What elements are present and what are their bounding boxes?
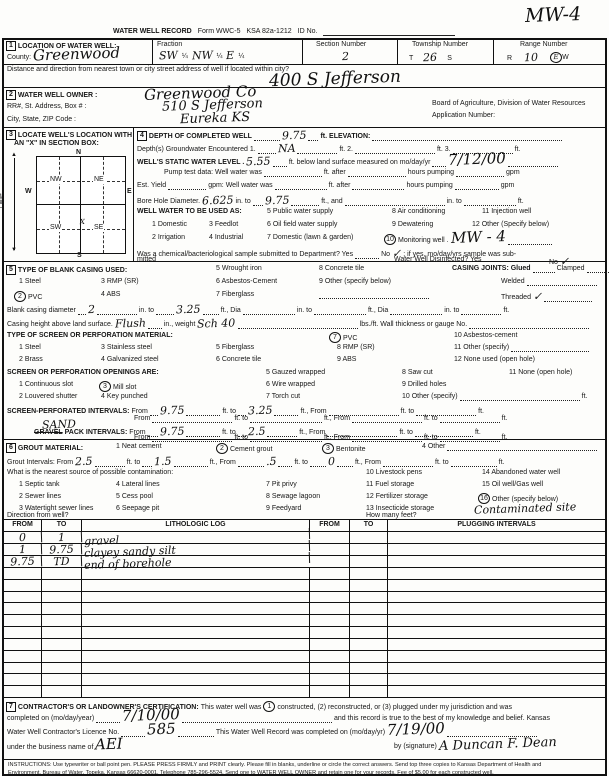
- dotted-leader: [243, 309, 295, 315]
- ft-to-label: ft. to: [424, 415, 438, 423]
- contamination-2: 2 Sewer lines: [19, 493, 61, 501]
- grout-intervals-label: Grout Intervals: From: [7, 459, 73, 467]
- completed-on-label: completed on (mo/day/year): [7, 715, 94, 723]
- dotted-leader: [250, 417, 322, 423]
- ft-to-label: ft. to: [294, 459, 308, 467]
- bore-depth-value: 9.75: [265, 195, 290, 207]
- section-number: 5: [6, 265, 16, 275]
- cell-to: [42, 663, 82, 674]
- city-value: Eureka KS: [180, 111, 251, 126]
- dotted-leader: [278, 461, 292, 467]
- dotted-leader: [156, 309, 174, 315]
- grout-option-3-circled: 3: [322, 443, 334, 454]
- dotted-leader: [275, 184, 327, 190]
- cell-litho: [82, 639, 310, 650]
- divider: [152, 40, 153, 64]
- county-label: County:: [7, 54, 31, 62]
- table-row: [4, 651, 605, 663]
- section-number-label: Section Number: [316, 41, 366, 49]
- dotted-leader: [182, 717, 332, 723]
- dotted-leader: [432, 161, 446, 167]
- cell-to: TD: [42, 555, 82, 567]
- section-3-4-band: 3 LOCATE WELL'S LOCATION WITH AN "X" IN …: [4, 127, 605, 262]
- arrow-down-icon: ▼: [11, 247, 17, 254]
- depth-label: DEPTH OF COMPLETED WELL: [149, 133, 252, 141]
- cell-pfrom: [310, 639, 350, 650]
- dotted-leader: [291, 200, 319, 206]
- compass-s: S: [77, 252, 82, 260]
- weight-label: in., weight: [164, 321, 196, 329]
- cell-pfrom: [310, 544, 350, 555]
- township-t: T: [409, 55, 413, 63]
- use-10-value: MW - 4: [450, 229, 505, 246]
- pump-test-label: Pump test data: Well water was: [164, 169, 262, 177]
- grout-to-1: 1.5: [154, 456, 172, 468]
- certification-line1b: This water well was: [201, 704, 262, 712]
- est-yield-label: Est. Yield: [137, 182, 166, 190]
- well-x-mark: X: [79, 219, 86, 226]
- cell-pfrom: [310, 686, 350, 697]
- in-to-label: in. to: [297, 307, 312, 315]
- depth-value: 9.75: [282, 130, 307, 142]
- cell-pto: [350, 639, 388, 650]
- dotted-leader: [345, 200, 445, 206]
- distance-question: Distance and direction from nearest town…: [7, 66, 289, 74]
- dotted-leader: [142, 461, 152, 467]
- cell-to: [42, 674, 82, 685]
- contamination-12: 12 Fertilizer storage: [366, 493, 428, 501]
- contamination-question: What is the nearest source of possible c…: [7, 469, 173, 477]
- header-plugging-intervals: PLUGGING INTERVALS: [388, 520, 605, 531]
- dotted-leader: [372, 135, 562, 141]
- diameter-value: 2: [88, 304, 95, 315]
- dotted-leader: [253, 200, 263, 206]
- use-option-10: Monitoring well .: [398, 237, 449, 245]
- business-name-label: under the business name of: [7, 744, 93, 752]
- instructions-footer: INSTRUCTIONS: Use typewriter or ball poi…: [4, 759, 605, 776]
- hours-pumping-label: hours pumping: [406, 182, 452, 190]
- section-1-location: 1 LOCATION OF WATER WELL: County: Greenw…: [4, 40, 605, 64]
- dotted-leader: [203, 309, 219, 315]
- ft-to-label: ft. to: [127, 459, 141, 467]
- cell-from: [4, 674, 42, 685]
- township-s: S: [447, 55, 452, 63]
- grout-option-2-circled: 2: [216, 443, 228, 454]
- casing-title: TYPE OF BLANK CASING USED:: [18, 267, 127, 275]
- contamination-11: 11 Fuel storage: [366, 481, 414, 489]
- table-row: [4, 663, 605, 675]
- range-label: Range Number: [520, 41, 567, 49]
- casing-option-4: 4 ABS: [101, 291, 120, 299]
- cell-from: [4, 568, 42, 579]
- dotted-leader: [96, 717, 120, 723]
- cell-pfrom: [310, 674, 350, 685]
- ft-label: ft.: [503, 307, 509, 315]
- opening-option-3: Mill slot: [113, 384, 136, 392]
- contamination-8: 8 Sewage lagoon: [266, 493, 320, 501]
- screen-material-title: TYPE OF SCREEN OR PERFORATION MATERIAL:: [7, 332, 173, 340]
- gpm-label: gpm: [501, 182, 515, 190]
- cell-pto: [350, 532, 388, 543]
- cell-pfrom: [310, 627, 350, 638]
- static-level-mid: ft. below land surface measured on mo/da…: [289, 159, 431, 167]
- table-row: [4, 674, 605, 686]
- casing-option-9: 9 Other (specify below): [319, 278, 391, 286]
- screen-material-11: 11 Other (specify): [454, 344, 509, 352]
- licence-number: 585: [147, 722, 176, 738]
- water-well-record-form: MW-4 WATER WELL RECORD Form WWC-5 KSA 82…: [0, 0, 609, 776]
- quadrant-ne: NE: [93, 176, 105, 184]
- center-line: [37, 204, 125, 205]
- cell-pto: [350, 544, 388, 555]
- gw-value: NA: [278, 143, 296, 155]
- ft-to-label: ft. to: [234, 415, 248, 423]
- groundwater-label: Depth(s) Groundwater Encountered: [137, 146, 248, 154]
- table-row: 9.75TDend of borehole: [4, 556, 605, 568]
- casing-option-5: 5 Wrought iron: [216, 265, 262, 273]
- contamination-6: 6 Seepage pit: [116, 505, 159, 513]
- cell-from: [4, 663, 42, 674]
- id-no-label: ID No.: [298, 28, 318, 36]
- in-to-label: in. to: [444, 307, 459, 315]
- cell-from: [4, 580, 42, 591]
- dotted-leader: [451, 461, 497, 467]
- litho-table-body: 01gravel19.75clayey sandy silt9.75TDend …: [4, 532, 605, 698]
- ft-from-label: ft., From: [355, 459, 381, 467]
- dotted-leader: [455, 184, 499, 190]
- opening-option-8: 8 Saw cut: [402, 369, 433, 377]
- cell-litho: [82, 651, 310, 662]
- section-2-owner: 2 WATER WELL OWNER : RR#, St. Address, B…: [4, 87, 605, 128]
- ft-label: ft.: [582, 393, 588, 401]
- casing-option-7: 7 Fiberglass: [216, 291, 254, 299]
- dotted-leader: [533, 267, 555, 273]
- dotted-leader: [273, 161, 287, 167]
- application-number-label: Application Number:: [432, 112, 495, 120]
- dotted-leader: [254, 135, 280, 141]
- record-date: 7/19/00: [387, 721, 445, 738]
- section-number: 1: [6, 41, 16, 51]
- use-option-2: 2 Irrigation: [152, 234, 185, 242]
- cell-plug: [388, 568, 605, 579]
- header-to-2: TO: [350, 520, 388, 531]
- screen-material-4: 4 Galvanized steel: [101, 356, 159, 364]
- dotted-leader: [508, 239, 552, 245]
- casing-option-2-circled: 2: [14, 291, 26, 302]
- dotted-leader: [152, 417, 232, 423]
- height-value: Flush: [115, 317, 146, 329]
- cell-from: 9.75: [4, 555, 42, 567]
- signature-value: A Duncan F. Dean: [439, 736, 557, 753]
- cell-to: [42, 603, 82, 614]
- bore-hole-label: Bore Hole Diameter.: [137, 198, 200, 206]
- opening-option-10: 10 Other (specify): [402, 393, 458, 401]
- dotted-leader: [461, 309, 501, 315]
- fraction-q3: E: [226, 50, 234, 61]
- fraction-q1: SW: [159, 50, 178, 62]
- use-option-5: 5 Public water supply: [267, 208, 333, 216]
- locate-title-2: AN "X" IN SECTION BOX:: [14, 140, 99, 148]
- height-label: Casing height above land surface.: [7, 321, 113, 329]
- dotted-leader: [178, 731, 214, 737]
- dashed-line: [103, 157, 104, 253]
- cell-plug: [388, 639, 605, 650]
- dotted-leader: [544, 296, 592, 302]
- ft-from-label: ft., From: [210, 459, 236, 467]
- casing-option-2: PVC: [28, 294, 42, 302]
- cell-to: [42, 592, 82, 603]
- cell-to: [42, 651, 82, 662]
- cell-pfrom: [310, 556, 350, 567]
- business-name-value: AEI: [95, 737, 123, 753]
- cell-litho: [82, 627, 310, 638]
- opening-option-11: 11 None (open hole): [509, 369, 572, 377]
- opening-option-1: 1 Continuous slot: [19, 381, 73, 389]
- ft-after-label: ft. after: [329, 182, 351, 190]
- cell-pto: [350, 627, 388, 638]
- well-id-annotation: MW-4: [525, 5, 582, 26]
- table-row: [4, 592, 605, 604]
- dotted-leader: [238, 323, 358, 329]
- instructions-line-1: INSTRUCTIONS: Use typewriter or ball poi…: [8, 762, 601, 770]
- signature-label: by (signature): [394, 743, 437, 751]
- cell-from: [4, 603, 42, 614]
- clamped-label: Clamped: [557, 265, 585, 273]
- section-box-diagram: NW NE SW SE X: [36, 156, 126, 254]
- table-row: [4, 580, 605, 592]
- center-line: [80, 157, 81, 253]
- in-to-label: in. to: [139, 307, 154, 315]
- arrow-up-icon: ▲: [11, 152, 17, 159]
- dotted-leader: [390, 309, 442, 315]
- dotted-leader: [464, 200, 516, 206]
- cell-plug: [388, 651, 605, 662]
- cell-litho: [82, 603, 310, 614]
- cell-pfrom: [310, 532, 350, 543]
- opening-option-4: 4 Key punched: [101, 393, 148, 401]
- contamination-4: 4 Lateral lines: [116, 481, 160, 489]
- cell-to: 9.75: [42, 543, 82, 555]
- cell-plug: [388, 544, 605, 555]
- header-from-2: FROM: [310, 520, 350, 531]
- use-option-3: 3 Feedlot: [209, 221, 238, 229]
- one-mile-label: 1 Mile: [0, 193, 5, 209]
- divider: [133, 128, 134, 262]
- ft-dia-label: ft., Dia: [368, 307, 388, 315]
- cell-plug: [388, 556, 605, 567]
- ft-label: ft.: [518, 198, 524, 206]
- cell-pto: [350, 674, 388, 685]
- cell-pto: [350, 615, 388, 626]
- form-title: WATER WELL RECORD: [113, 28, 192, 36]
- cell-pfrom: [310, 615, 350, 626]
- opening-option-2: 2 Louvered shutter: [19, 393, 77, 401]
- litho-table: FROM TO LITHOLOGIC LOG FROM TO PLUGGING …: [4, 519, 605, 698]
- in-to-label: in. to: [236, 198, 251, 206]
- quarter-glyph: ¼: [217, 53, 223, 61]
- section-number-value: 2: [342, 51, 349, 62]
- cell-to: 1: [42, 531, 82, 543]
- in-to-label: in. to: [447, 198, 462, 206]
- cell-pto: [350, 580, 388, 591]
- cell-to: [42, 568, 82, 579]
- dotted-leader: [587, 267, 609, 273]
- cell-to: [42, 686, 82, 697]
- section-7-certification: 7 CONTRACTOR'S OR LANDOWNER'S CERTIFICAT…: [4, 697, 605, 760]
- diameter-depth-value: 3.25: [176, 304, 201, 316]
- use-option-4: 4 Industrial: [209, 234, 243, 242]
- gw-2: ft. 2.: [339, 146, 353, 154]
- statute-ref: KSA 82a-1212: [246, 28, 291, 36]
- cell-from: 1: [4, 543, 42, 555]
- grout-from-1: 2.5: [75, 456, 93, 468]
- table-row: [4, 615, 605, 627]
- screen-material-6: 6 Concrete tile: [216, 356, 261, 364]
- contamination-5: 5 Cess pool: [116, 493, 153, 501]
- cell-pto: [350, 663, 388, 674]
- est-yield-mid: gpm: Well water was: [208, 182, 272, 190]
- openings-title: SCREEN OR PERFORATION OPENINGS ARE:: [7, 369, 159, 377]
- cell-plug: [388, 663, 605, 674]
- screen-material-2: 2 Brass: [19, 356, 43, 364]
- dotted-leader: [383, 461, 433, 467]
- from-label: From: [134, 415, 150, 423]
- dotted-leader: [168, 184, 206, 190]
- cell-pfrom: [310, 663, 350, 674]
- ft-to-label: ft. to: [435, 459, 449, 467]
- form-border: 1 LOCATION OF WATER WELL: County: Greenw…: [2, 38, 607, 776]
- elevation-label: ft. ELEVATION:: [320, 133, 370, 141]
- range-e-circled: E: [550, 52, 562, 63]
- distance-row: Distance and direction from nearest town…: [4, 64, 605, 88]
- fraction-label: Fraction: [157, 41, 182, 49]
- dotted-leader: [297, 148, 337, 154]
- ft-and-label: ft., and: [321, 198, 342, 206]
- ft-label: ft.: [515, 146, 521, 154]
- opening-option-6: 6 Wire wrapped: [266, 381, 315, 389]
- use-option-1: 1 Domestic: [152, 221, 187, 229]
- cell-plug: [388, 686, 605, 697]
- casing-option-3: 3 RMP (SR): [101, 278, 139, 286]
- opening-option-9: 9 Drilled holes: [402, 381, 446, 389]
- cell-litho: [82, 674, 310, 685]
- section-number: 4: [137, 131, 147, 141]
- section-number: 3: [6, 130, 16, 140]
- section-number: 7: [6, 702, 16, 712]
- record-completed-label: This Water Well Record was completed on …: [216, 729, 385, 737]
- dotted-leader: [355, 253, 379, 259]
- ft-label: ft.: [499, 459, 505, 467]
- ft-from-label: ft., From: [324, 415, 350, 423]
- id-no-blank: [323, 30, 455, 36]
- screen-material-3: 3 Stainless steel: [101, 344, 152, 352]
- cell-from: [4, 615, 42, 626]
- locate-title-1: LOCATE WELL'S LOCATION WITH: [18, 132, 132, 140]
- static-level-date: 7/12/00: [448, 151, 506, 168]
- cell-pfrom: [310, 651, 350, 662]
- casing-option-8: 8 Concrete tile: [319, 265, 364, 273]
- cell-from: [4, 627, 42, 638]
- address-label: RR#, St. Address, Box # :: [7, 103, 86, 111]
- opening-option-5: 5 Gauzed wrapped: [266, 369, 325, 377]
- contamination-15: 15 Oil well/Gas well: [482, 481, 543, 489]
- opening-option-3-circled: 3: [99, 381, 111, 392]
- dotted-leader: [97, 309, 137, 315]
- use-option-6: 6 Oil field water supply: [267, 221, 337, 229]
- certification-line1c: constructed, (2) reconstructed, or (3) p…: [277, 704, 512, 712]
- quadrant-nw: NW: [49, 176, 63, 184]
- compass-w: W: [25, 188, 32, 196]
- ft-label: ft.: [502, 415, 508, 423]
- cell-litho: [82, 592, 310, 603]
- dotted-leader: [337, 461, 353, 467]
- quarter-glyph: ¼: [182, 53, 188, 61]
- cell-pfrom: [310, 568, 350, 579]
- dotted-leader: [355, 148, 435, 154]
- cell-to: [42, 627, 82, 638]
- cell-plug: [388, 615, 605, 626]
- sand-handwritten: SAND: [42, 418, 76, 430]
- cell-to: [42, 639, 82, 650]
- fraction-q2: NW: [192, 50, 213, 62]
- static-level-label: WELL'S STATIC WATER LEVEL .: [137, 159, 244, 167]
- contamination-14: 14 Abandoned water well: [482, 469, 560, 477]
- quadrant-sw: SW: [49, 224, 62, 232]
- cell-to: [42, 615, 82, 626]
- ft-after-label: ft. after: [324, 169, 346, 177]
- table-row: [4, 627, 605, 639]
- cell-litho: [82, 580, 310, 591]
- opening-option-7: 7 Torch cut: [266, 393, 300, 401]
- use-option-9: 9 Dewatering: [392, 221, 433, 229]
- casing-option-6: 6 Asbestos-Cement: [216, 278, 277, 286]
- divider: [397, 40, 398, 64]
- grout-option-3: Bentonite: [336, 446, 366, 454]
- use-option-10-circled: 10: [384, 234, 396, 245]
- cell-pfrom: [310, 580, 350, 591]
- cell-litho: [82, 686, 310, 697]
- use-option-11: 11 Injection well: [482, 208, 531, 216]
- threaded-checkmark: ✓: [533, 291, 543, 302]
- section-5-casing: 5 TYPE OF BLANK CASING USED: 5 Wrought i…: [4, 261, 605, 440]
- ft-dia-label: ft., Dia: [221, 307, 241, 315]
- contamination-10: 10 Livestock pens: [366, 469, 422, 477]
- use-option-7: 7 Domestic (lawn & garden): [267, 234, 353, 242]
- cell-pto: [350, 556, 388, 567]
- cell-litho: [82, 615, 310, 626]
- cell-plug: [388, 580, 605, 591]
- contamination-7: 7 Pit privy: [266, 481, 297, 489]
- dotted-leader: [456, 171, 504, 177]
- grout-from-2: .5: [266, 456, 277, 467]
- owner-title: WATER WELL OWNER :: [18, 92, 97, 100]
- section-number: 6: [6, 443, 16, 453]
- divider: [302, 40, 303, 64]
- instructions-line-2: Environment, Bureau of Water, Topeka, Ka…: [8, 770, 601, 776]
- threaded-label: Threaded: [501, 294, 531, 302]
- cell-plug: [388, 603, 605, 614]
- welded-label: Welded: [501, 278, 525, 286]
- cell-pto: [350, 651, 388, 662]
- quarter-glyph: ¼: [239, 53, 245, 61]
- dotted-leader: [352, 417, 422, 423]
- dotted-leader: [264, 171, 322, 177]
- hours-pumping-label: hours pumping: [408, 169, 454, 177]
- dotted-leader: [121, 731, 145, 737]
- contamination-9: 9 Feedyard: [266, 505, 301, 513]
- form-number: Form WWC-5: [198, 28, 241, 36]
- casing-option-1: 1 Steel: [19, 278, 41, 286]
